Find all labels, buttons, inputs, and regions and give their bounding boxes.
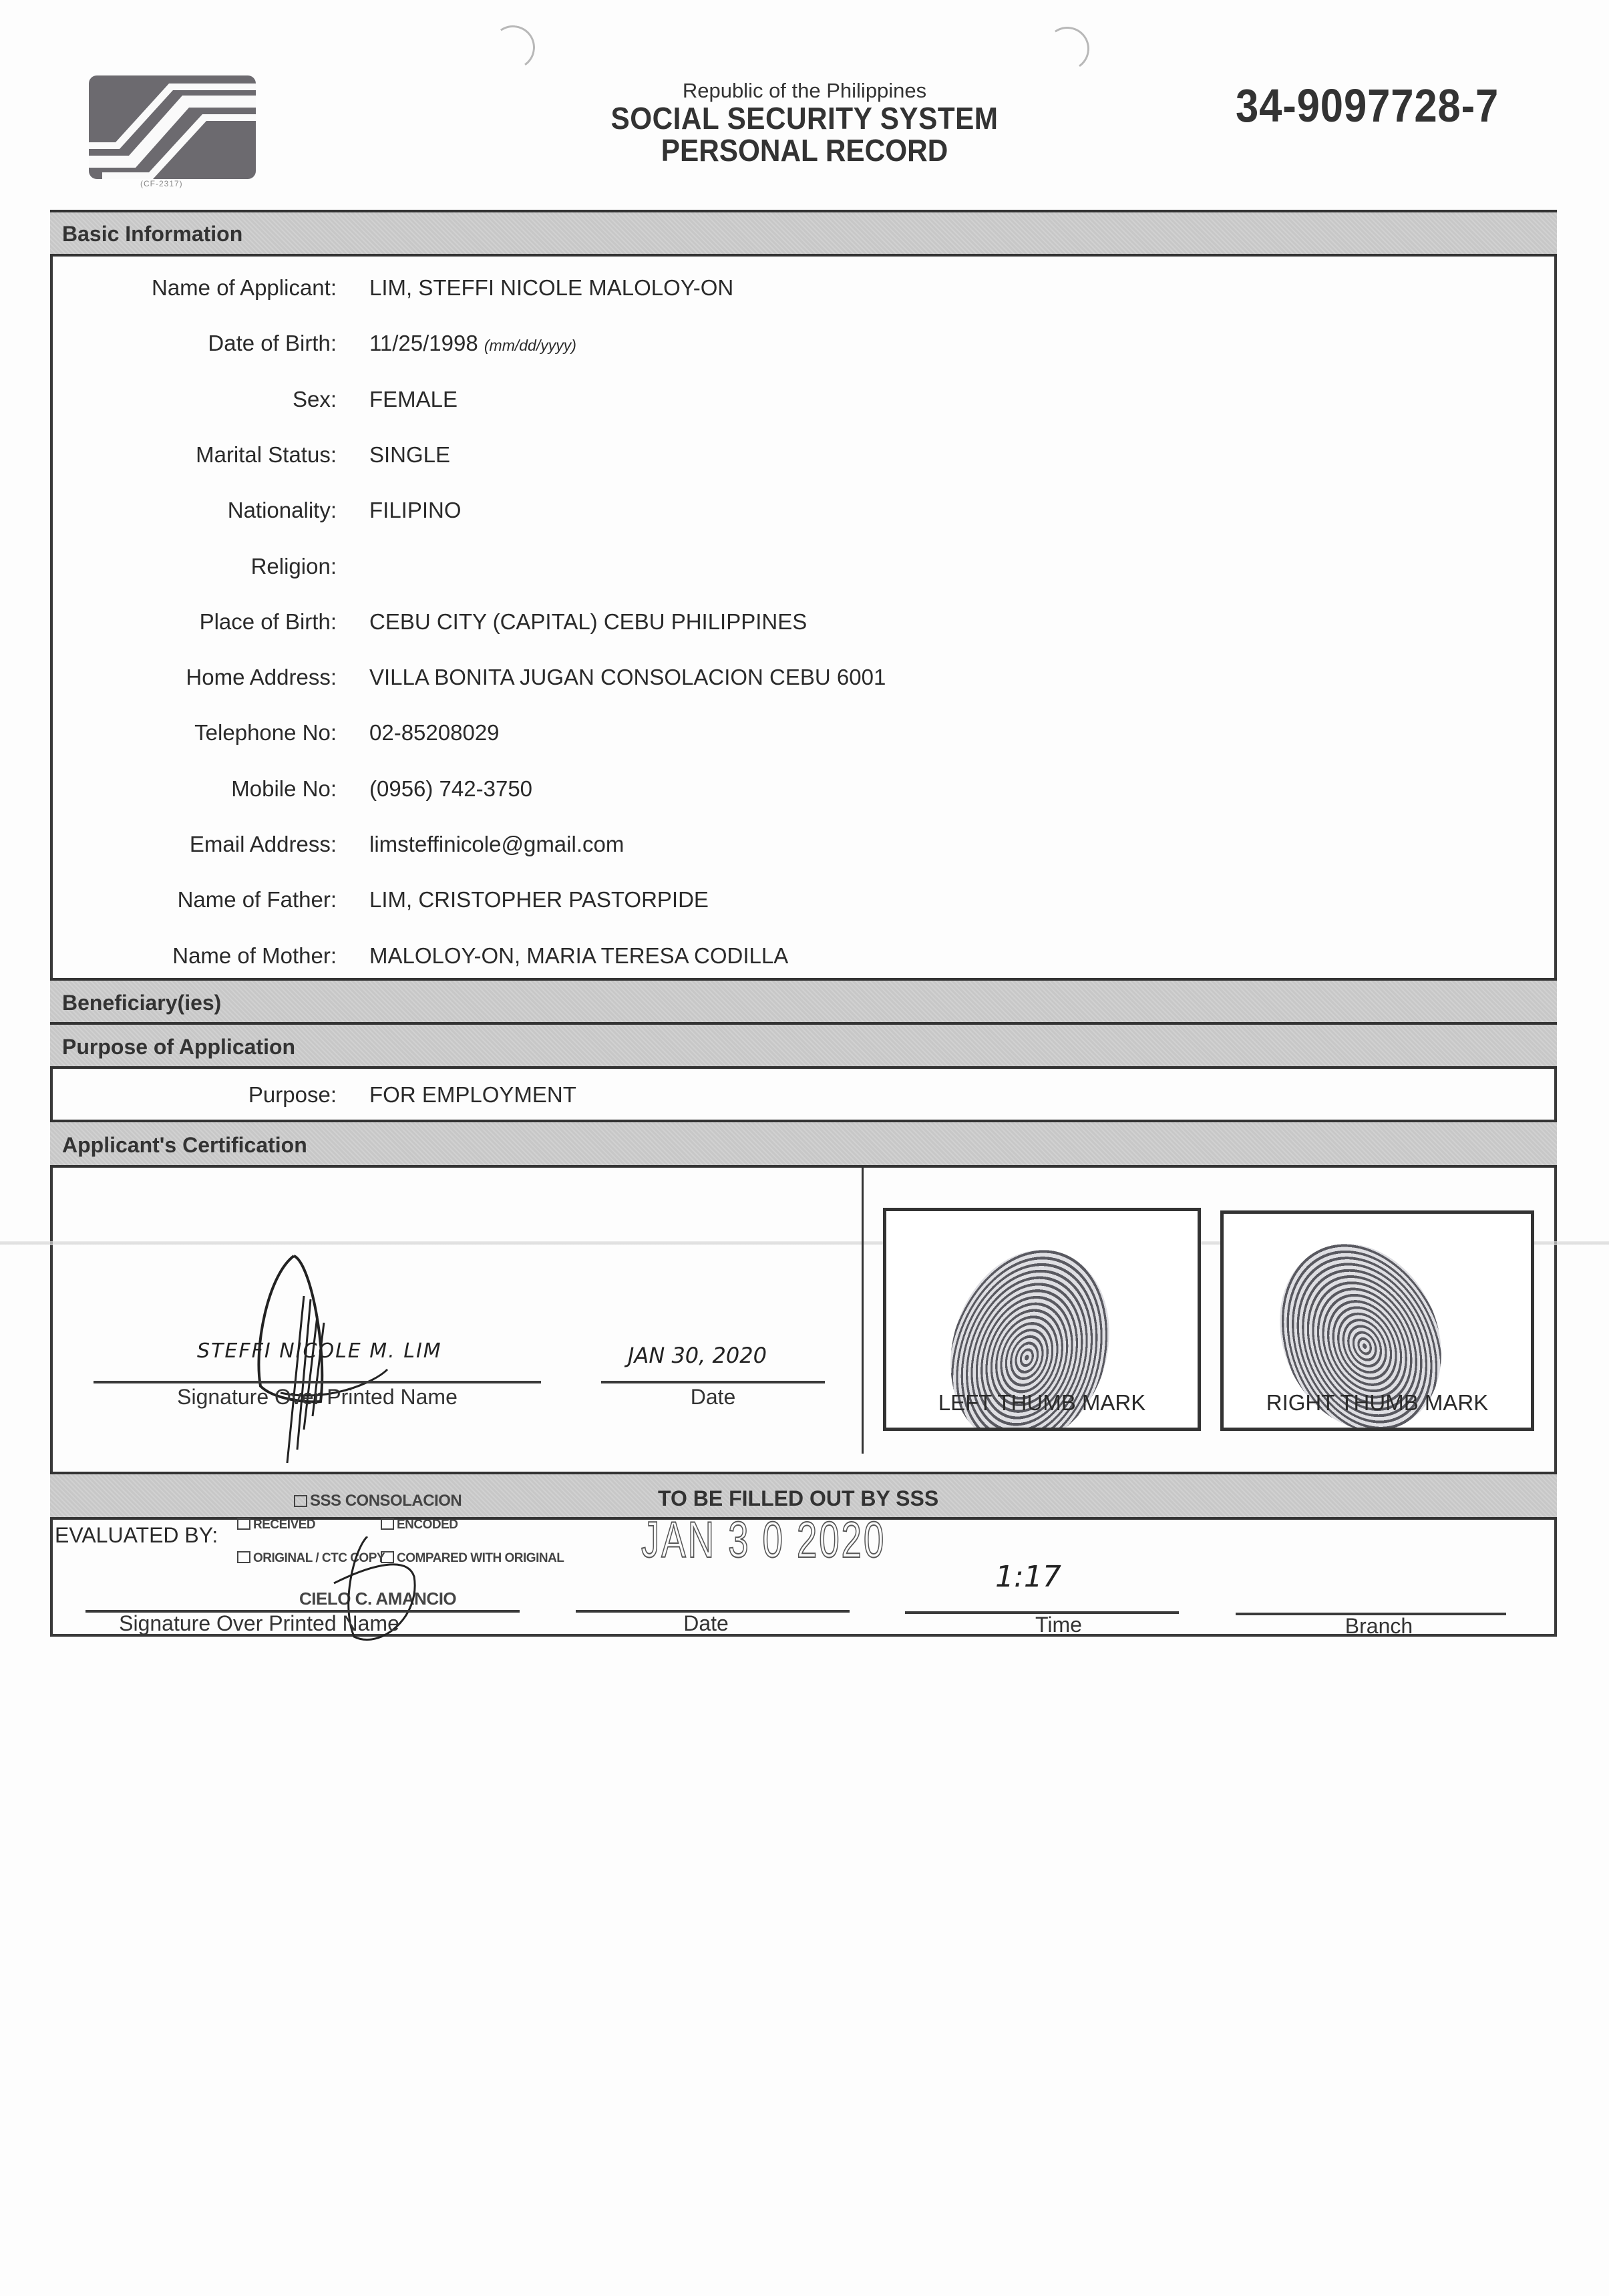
field-value: (0956) 742-3750 [369,776,532,802]
field-value: LIM, STEFFI NICOLE MALOLOY-ON [369,275,733,301]
date-line [601,1381,825,1383]
evaluator-signature-caption: Signature Over Printed Name [85,1611,433,1636]
right-thumb-mark-box: RIGHT THUMB MARK [1220,1210,1534,1431]
field-value-text: 02-85208029 [369,720,500,745]
right-thumb-label: RIGHT THUMB MARK [1224,1390,1531,1416]
field-value-text: LIM, STEFFI NICOLE MALOLOY-ON [369,275,733,300]
field-value-text: VILLA BONITA JUGAN CONSOLACION CEBU 6001 [369,665,886,689]
section-title: TO BE FILLED OUT BY SSS [658,1486,938,1511]
field-label: Religion: [251,554,337,579]
field-value-text: 11/25/1998 [369,331,478,355]
printed-name-handwriting: STEFFI NICOLE M. LIM [197,1339,442,1363]
field-value: FEMALE [369,387,458,412]
left-thumb-label: LEFT THUMB MARK [886,1390,1198,1416]
section-title: Applicant's Certification [62,1133,307,1158]
handwritten-date: JAN 30, 2020 [628,1343,767,1368]
branch-caption: Branch [1244,1614,1514,1639]
date-caption: Date [601,1385,825,1410]
field-value-text: MALOLOY-ON, MARIA TERESA CODILLA [369,943,788,968]
field-label: Marital Status: [196,442,337,468]
field-label: Name of Father: [178,887,337,913]
applicant-signature [154,1249,488,1476]
signature-line [94,1381,541,1383]
field-value-text: FILIPINO [369,498,462,522]
hole-punch-mark [488,22,538,73]
left-thumb-mark-box: LEFT THUMB MARK [883,1208,1201,1431]
section-title: Beneficiary(ies) [62,991,221,1015]
field-value: SINGLE [369,442,450,468]
hole-punch-mark [1042,23,1093,74]
field-label: Sex: [293,387,337,412]
field-value: limsteffinicole@gmail.com [369,832,624,857]
field-value-text: FEMALE [369,387,458,412]
field-value: 02-85208029 [369,720,500,746]
field-value-text: LIM, CRISTOPHER PASTORPIDE [369,887,709,912]
section-purpose: Purpose of Application [50,1022,1557,1069]
field-label: Telephone No: [194,720,337,746]
field-label: Date of Birth: [208,331,337,356]
field-label: Place of Birth: [200,609,337,635]
section-title: Purpose of Application [62,1035,295,1059]
section-title: Basic Information [62,222,242,247]
field-value: 11/25/1998 (mm/dd/yyyy) [369,331,576,356]
section-beneficiaries: Beneficiary(ies) [50,978,1557,1025]
field-value-text: SINGLE [369,442,450,467]
ss-number: 34-9097728-7 [1236,79,1499,132]
field-value-text: limsteffinicole@gmail.com [369,832,624,856]
field-label: Name of Applicant: [152,275,337,301]
field-label: Mobile No: [231,776,337,802]
field-label: Name of Mother: [172,943,337,969]
time-caption: Time [922,1613,1196,1637]
form-code: (CF-2317) [140,179,183,188]
field-value: LIM, CRISTOPHER PASTORPIDE [369,887,709,913]
field-value-text: (0956) 742-3750 [369,776,532,801]
field-value: VILLA BONITA JUGAN CONSOLACION CEBU 6001 [369,665,886,690]
evaluated-by-label: EVALUATED BY: [55,1523,218,1548]
field-label: Home Address: [186,665,337,690]
stamp-office: SSS CONSOLACION [294,1492,462,1510]
purpose-value: FOR EMPLOYMENT [369,1082,576,1108]
document-title: PERSONAL RECORD [64,132,1544,168]
section-certification: Applicant's Certification [50,1120,1557,1168]
field-label: Nationality: [228,498,337,523]
signature-caption: Signature Over Printed Name [94,1385,541,1410]
evaluation-date-caption: Date [576,1611,836,1636]
format-hint: (mm/dd/yyyy) [484,337,576,354]
field-value-text: CEBU CITY (CAPITAL) CEBU PHILIPPINES [369,609,807,634]
stamp-encoded: ENCODED [381,1518,458,1532]
purpose-label: Purpose: [248,1082,337,1108]
handwritten-time: 1:17 [995,1560,1061,1594]
section-basic-information: Basic Information [50,210,1557,257]
field-value: CEBU CITY (CAPITAL) CEBU PHILIPPINES [369,609,807,635]
certification-divider [862,1166,864,1454]
field-value: MALOLOY-ON, MARIA TERESA CODILLA [369,943,788,969]
field-value: FILIPINO [369,498,462,523]
received-date-stamp: JAN 3 0 2020 [641,1511,886,1569]
field-label: Email Address: [190,832,337,857]
stamp-received: RECEIVED [237,1518,315,1532]
